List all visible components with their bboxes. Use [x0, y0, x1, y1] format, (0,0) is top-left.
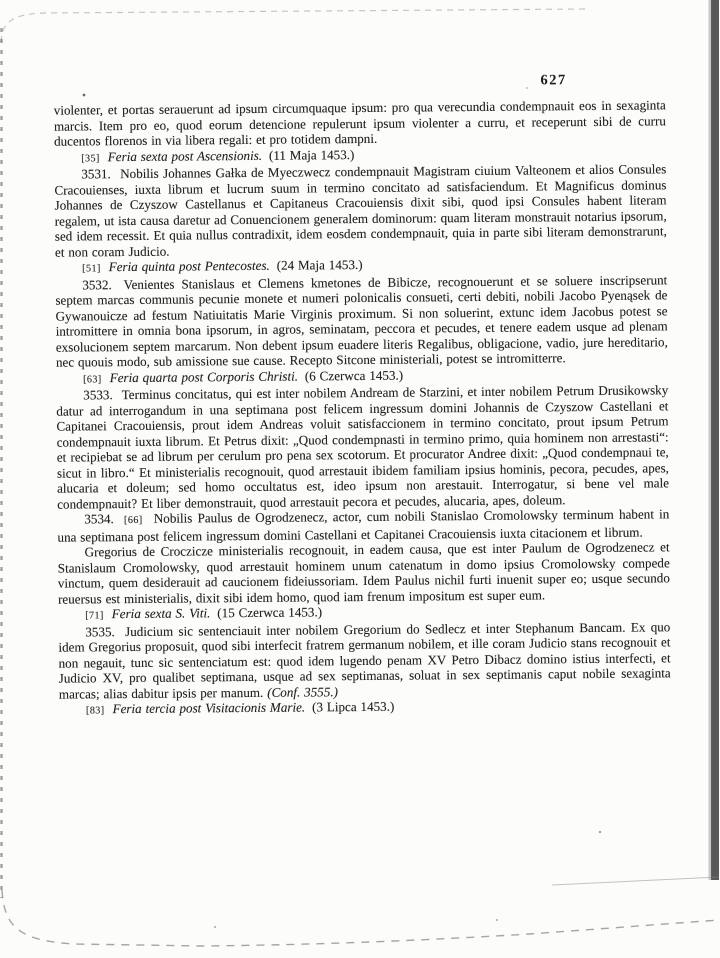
header-date: (3 Lipca 1453.)	[312, 699, 394, 715]
header-title: Feria sexta post Ascensionis.	[108, 147, 262, 163]
entry-number: 3533.	[83, 387, 113, 402]
page-content-rotated: 627 violenter, et portas serauerunt ad i…	[0, 0, 720, 958]
entry-text: Nobilis Johannes Gałka de Myeczwecz cond…	[54, 161, 667, 259]
cross-reference: (Conf. 3555.)	[267, 684, 338, 700]
entry-3534: 3534. [66] Nobilis Paulus de Ogrodzenecz…	[57, 506, 669, 544]
entry-number: 3532.	[82, 277, 112, 292]
folio-ref: [71]	[85, 610, 104, 621]
entry-3535: 3535. Judicium sic sentenciauit inter no…	[58, 619, 671, 702]
header-date: (24 Maja 1453.)	[277, 257, 363, 273]
entry-text: Judicium sic sentenciauit inter nobilem …	[58, 619, 670, 701]
ministerial-paragraph: Gregorius de Croczicze ministerialis rec…	[58, 539, 671, 606]
header-date: (11 Maja 1453.)	[269, 147, 355, 163]
continuation-paragraph: violenter, et portas serauerunt ad ipsum…	[54, 97, 666, 149]
scanned-book-page: 627 violenter, et portas serauerunt ad i…	[0, 0, 720, 958]
continuation-text: violenter, et portas serauerunt ad ipsum…	[54, 97, 666, 148]
folio-ref: [83]	[86, 705, 105, 716]
header-title: Feria tercia post Visitacionis Marie.	[112, 699, 305, 716]
folio-ref: [66]	[124, 515, 143, 526]
entry-3532: 3532. Venientes Stanislaus et Clemens km…	[55, 272, 668, 370]
header-title: Feria quarta post Corporis Christi.	[110, 368, 298, 385]
entry-number: 3534.	[84, 511, 114, 526]
header-date: (15 Czerwca 1453.)	[217, 604, 322, 620]
folio-ref: [35]	[81, 153, 100, 164]
entry-number: 3531.	[81, 166, 111, 181]
entry-text: Venientes Stanislaus et Clemens kmetones…	[55, 272, 668, 370]
header-date: (6 Czerwca 1453.)	[305, 367, 403, 383]
folio-ref: [51]	[82, 263, 101, 274]
text-block: violenter, et portas serauerunt ad ipsum…	[54, 97, 671, 719]
page-number: 627	[540, 72, 566, 89]
folio-ref: [63]	[83, 374, 102, 385]
header-title: Feria quinta post Pentecostes.	[109, 258, 270, 274]
header-title: Feria sexta S. Viti.	[112, 605, 211, 621]
entry-text: Nobilis Paulus de Ogrodzenecz, actor, cu…	[57, 506, 669, 544]
entry-text: Terminus concitatus, qui est inter nobil…	[56, 382, 669, 511]
entry-3531: 3531. Nobilis Johannes Gałka de Myeczwec…	[54, 161, 667, 259]
entry-number: 3535.	[85, 624, 115, 639]
entry-3533: 3533. Terminus concitatus, qui est inter…	[56, 382, 669, 511]
paragraph-text: Gregorius de Croczicze ministerialis rec…	[58, 539, 670, 606]
